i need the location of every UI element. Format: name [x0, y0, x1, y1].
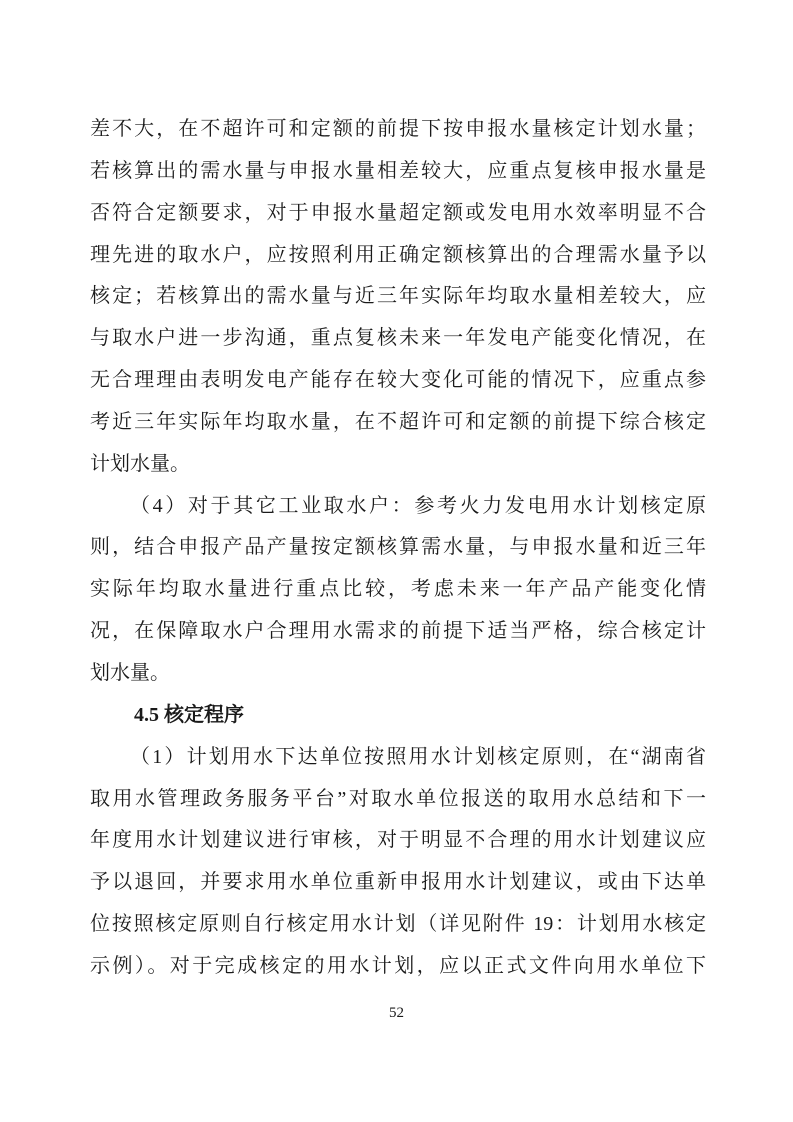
document-text: 差不大，在不超许可和定额的前提下按申报水量核定计划水量； 若核算出的需水量与申报… [90, 109, 706, 988]
text-line: 计划水量。 [90, 444, 706, 486]
text-line: 示例）。对于完成核定的用水计划，应以正式文件向用水单位下 [90, 946, 706, 988]
text-line: 否符合定额要求，对于申报水量超定额或发电用水效率明显不合 [90, 193, 706, 235]
text-line: （4）对于其它工业取水户：参考火力发电用水计划核定原 [90, 486, 706, 528]
text-line: 予以退回，并要求用水单位重新申报用水计划建议，或由下达单 [90, 862, 706, 904]
text-line: 理先进的取水户，应按照利用正确定额核算出的合理需水量予以 [90, 235, 706, 277]
text-line: 则，结合申报产品产量按定额核算需水量，与申报水量和近三年 [90, 527, 706, 569]
text-line: （1）计划用水下达单位按照用水计划核定原则，在“湖南省 [90, 737, 706, 779]
text-line: 况，在保障取水户合理用水需求的前提下适当严格，综合核定计 [90, 611, 706, 653]
text-line: 年度用水计划建议进行审核，对于明显不合理的用水计划建议应 [90, 820, 706, 862]
section-heading: 4.5 核定程序 [90, 695, 706, 737]
text-line: 划水量。 [90, 653, 706, 695]
text-line: 考近三年实际年均取水量，在不超许可和定额的前提下综合核定 [90, 402, 706, 444]
text-line: 无合理理由表明发电产能存在较大变化可能的情况下，应重点参 [90, 360, 706, 402]
text-line: 位按照核定原则自行核定用水计划（详见附件 19：计划用水核定 [90, 904, 706, 946]
text-line: 与取水户进一步沟通，重点复核未来一年发电产能变化情况，在 [90, 318, 706, 360]
text-line: 若核算出的需水量与申报水量相差较大，应重点复核申报水量是 [90, 151, 706, 193]
text-line: 实际年均取水量进行重点比较，考虑未来一年产品产能变化情 [90, 569, 706, 611]
text-line: 取用水管理政务服务平台”对取水单位报送的取用水总结和下一 [90, 779, 706, 821]
text-line: 核定；若核算出的需水量与近三年实际年均取水量相差较大，应 [90, 276, 706, 318]
page: 差不大，在不超许可和定额的前提下按申报水量核定计划水量； 若核算出的需水量与申报… [0, 0, 793, 1122]
text-line: 差不大，在不超许可和定额的前提下按申报水量核定计划水量； [90, 109, 706, 151]
page-number: 52 [0, 1003, 793, 1023]
